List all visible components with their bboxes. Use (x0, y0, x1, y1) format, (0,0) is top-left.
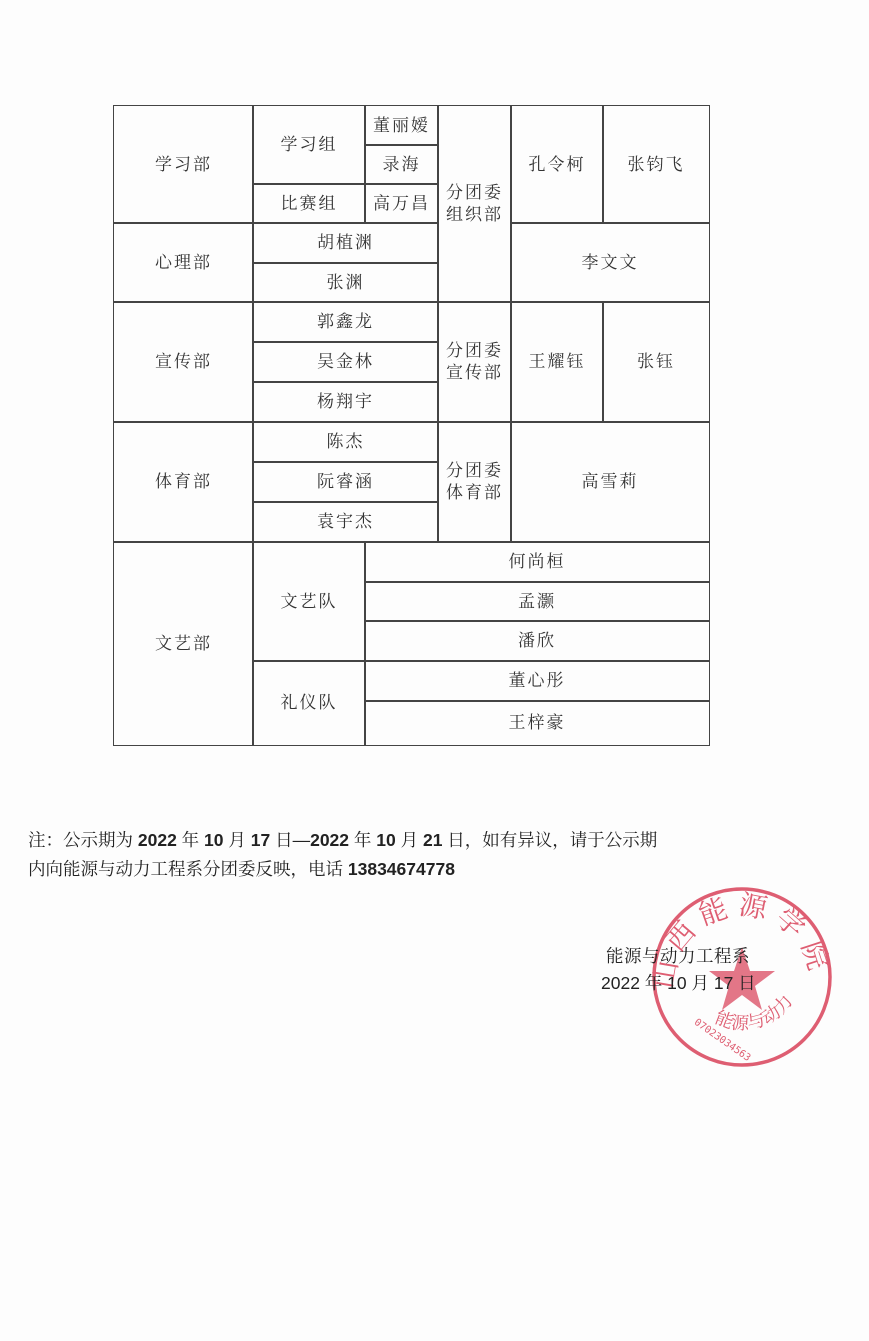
member-cell: 郭鑫龙 (252, 301, 439, 343)
member-name: 王梓豪 (509, 712, 566, 734)
member-cell: 陈杰 (252, 421, 439, 463)
group-name: 礼仪队 (281, 692, 338, 714)
signature-date: 2022 年 10 月 17 日 (601, 970, 756, 995)
phone-number: 13834674778 (348, 859, 455, 879)
dept-name: 宣传部 (155, 351, 212, 373)
note-text: 注：公示期为 (28, 830, 138, 850)
member-name: 李文文 (582, 252, 639, 274)
member-name: 吴金林 (317, 351, 374, 373)
member-name: 杨翔宇 (317, 391, 374, 413)
dept-name: 心理部 (155, 252, 212, 274)
group-cell: 礼仪队 (252, 660, 366, 746)
committee-member-cell: 孔令柯 (510, 105, 604, 224)
group-cell: 比赛组 (252, 183, 366, 224)
committee-member-cell: 李文文 (510, 222, 710, 303)
dept-cell: 体育部 (113, 421, 254, 543)
member-cell: 录海 (364, 144, 439, 185)
member-name: 董心彤 (509, 670, 566, 692)
committee-member-cell: 张钰 (602, 301, 710, 423)
member-name: 孟灏 (518, 591, 556, 613)
committee-name: 分团委 宣传部 (446, 340, 503, 384)
note-text: 年 (349, 830, 376, 850)
notice-note: 注：公示期为 2022 年 10 月 17 日—2022 年 10 月 21 日… (28, 826, 818, 884)
signature-org: 能源与动力工程系 (606, 943, 750, 968)
member-name: 王耀钰 (529, 351, 586, 373)
member-cell: 张渊 (252, 262, 439, 303)
member-name: 潘欣 (518, 630, 556, 652)
member-name: 阮睿涵 (317, 471, 374, 493)
note-day: 17 (251, 830, 270, 850)
committee-name: 分团委 体育部 (446, 460, 503, 504)
member-cell: 阮睿涵 (252, 461, 439, 503)
committee-member-cell: 张钧飞 (602, 105, 710, 224)
note-text: 日，如有异议，请于公示期 (442, 830, 657, 850)
member-cell: 董丽嫒 (364, 105, 439, 146)
member-cell: 胡植渊 (252, 222, 439, 264)
member-cell: 孟灏 (364, 581, 710, 622)
dept-cell: 心理部 (113, 222, 254, 303)
group-name: 文艺队 (281, 591, 338, 613)
member-name: 孔令柯 (529, 154, 586, 176)
group-name: 比赛组 (281, 193, 338, 215)
note-month: 10 (204, 830, 223, 850)
member-name: 高雪莉 (582, 471, 639, 493)
committee-cell: 分团委 宣传部 (437, 301, 512, 423)
note-line-2: 内向能源与动力工程系分团委反映，电话 13834674778 (28, 855, 818, 884)
member-name: 张钧飞 (628, 154, 685, 176)
member-cell: 吴金林 (252, 341, 439, 383)
note-text: 月 (224, 830, 251, 850)
member-cell: 董心彤 (364, 660, 710, 702)
member-cell: 高万昌 (364, 183, 439, 224)
note-text: 年 (177, 830, 204, 850)
group-name: 学习组 (281, 134, 338, 156)
committee-member-cell: 王耀钰 (510, 301, 604, 423)
member-cell: 袁宇杰 (252, 501, 439, 543)
group-cell: 学习组 (252, 105, 366, 185)
note-year: 2022 (310, 830, 349, 850)
member-name: 郭鑫龙 (317, 311, 374, 333)
member-cell: 潘欣 (364, 620, 710, 662)
note-month: 10 (376, 830, 395, 850)
note-year: 2022 (138, 830, 177, 850)
note-text: 内向能源与动力工程系分团委反映，电话 (28, 859, 348, 879)
member-name: 袁宇杰 (317, 511, 374, 533)
committee-member-cell: 高雪莉 (510, 421, 710, 543)
member-name: 何尚桓 (509, 551, 566, 573)
dept-cell: 文艺部 (113, 541, 254, 746)
member-name: 胡植渊 (317, 232, 374, 254)
member-cell: 杨翔宇 (252, 381, 439, 423)
member-name: 高万昌 (373, 193, 430, 215)
dept-name: 体育部 (155, 471, 212, 493)
note-text: 日— (270, 830, 310, 850)
member-name: 陈杰 (327, 431, 365, 453)
group-cell: 文艺队 (252, 541, 366, 662)
member-name: 董丽嫒 (373, 115, 430, 137)
note-text: 月 (396, 830, 423, 850)
member-cell: 何尚桓 (364, 541, 710, 583)
committee-name: 分团委 组织部 (446, 182, 503, 226)
dept-name: 文艺部 (155, 633, 212, 655)
note-day: 21 (423, 830, 442, 850)
member-name: 录海 (383, 154, 421, 176)
committee-cell: 分团委 体育部 (437, 421, 512, 543)
note-line-1: 注：公示期为 2022 年 10 月 17 日—2022 年 10 月 21 日… (28, 826, 818, 855)
dept-name: 学习部 (155, 154, 212, 176)
dept-cell: 学习部 (113, 105, 254, 224)
dept-cell: 宣传部 (113, 301, 254, 423)
committee-cell: 分团委 组织部 (437, 105, 512, 303)
member-name: 张钰 (637, 351, 675, 373)
member-cell: 王梓豪 (364, 700, 710, 746)
member-name: 张渊 (327, 272, 365, 294)
